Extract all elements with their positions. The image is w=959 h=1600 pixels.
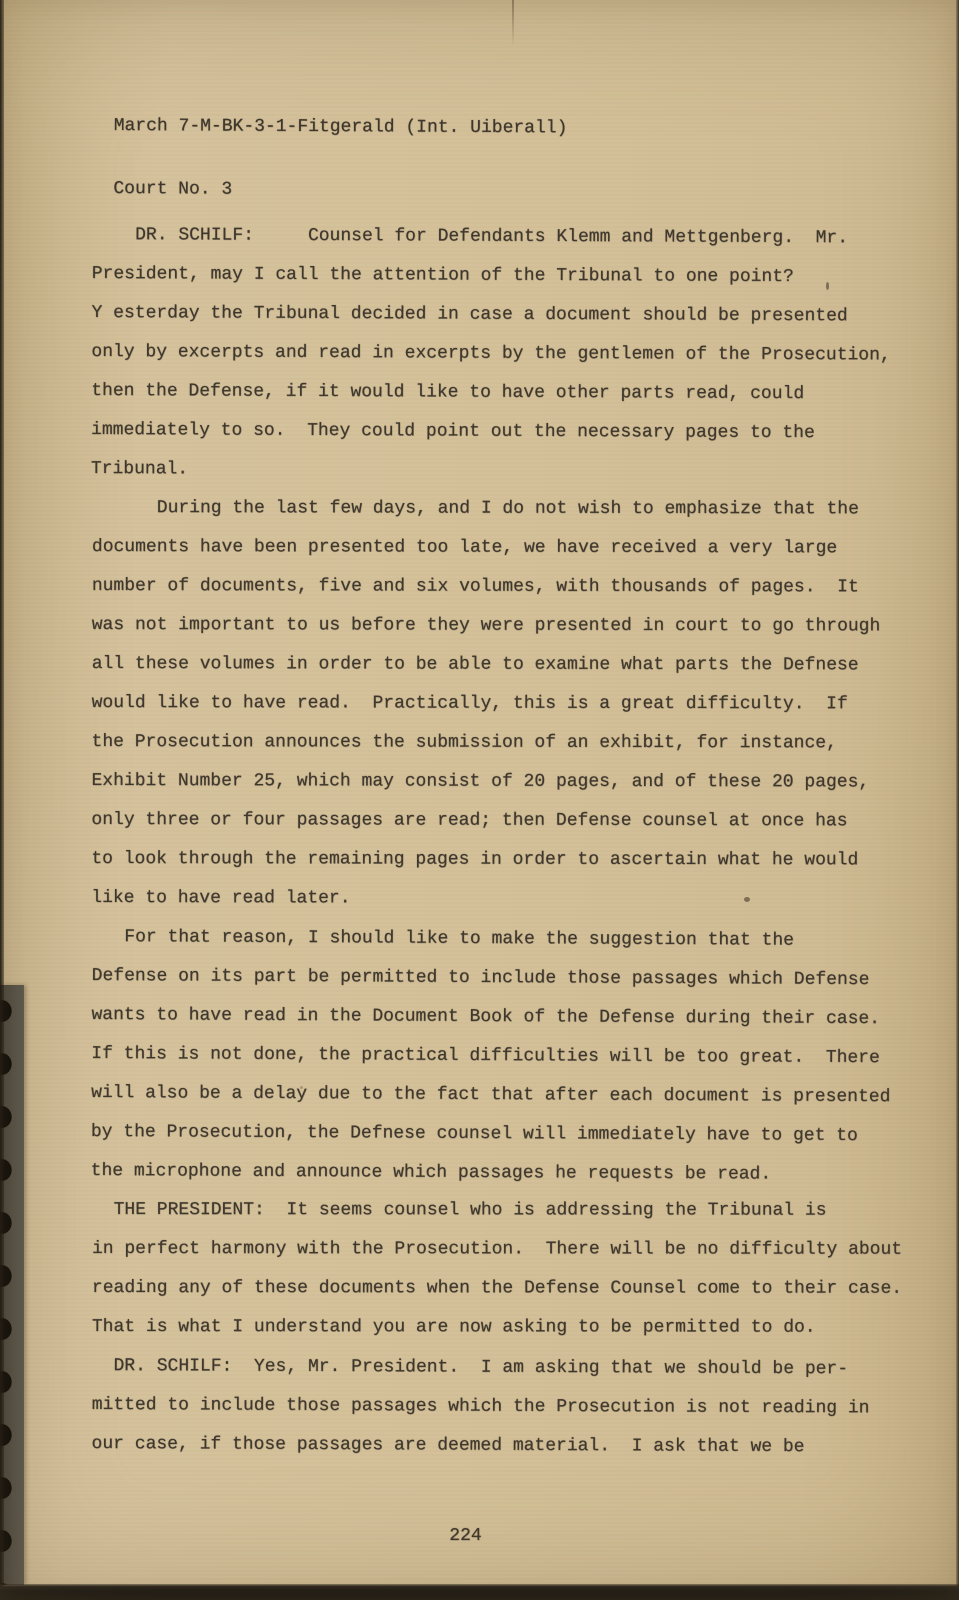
paper-speck [300, 1086, 303, 1089]
transcript-paragraph: DR. SCHILF: Counsel for Defendants Klemm… [91, 216, 934, 493]
transcript-paragraph: During the last few days, and I do not w… [91, 489, 934, 919]
transcript-paragraph: THE PRESIDENT: It seems counsel who is a… [92, 1191, 934, 1348]
transcript-paragraph: For that reason, I should like to make t… [91, 918, 934, 1195]
paper-speck [826, 282, 829, 290]
page-edge-bottom [0, 1584, 959, 1600]
page-edge-left [0, 0, 4, 1600]
header-line-2: Court No. 3 [113, 179, 567, 202]
paper-speck [744, 897, 750, 902]
page-number: 224 [0, 1526, 945, 1546]
transcript-paragraph: DR. SCHILF: Yes, Mr. President. I am ask… [91, 1347, 934, 1468]
paper-crease [512, 0, 514, 46]
document-scan: March 7-M-BK-3-1-Fitgerald (Int. Uiberal… [0, 0, 959, 1600]
transcript-body: DR. SCHILF: Counsel for Defendants Klemm… [92, 216, 934, 1464]
header-line-1: March 7-M-BK-3-1-Fitgerald (Int. Uiberal… [114, 116, 568, 139]
